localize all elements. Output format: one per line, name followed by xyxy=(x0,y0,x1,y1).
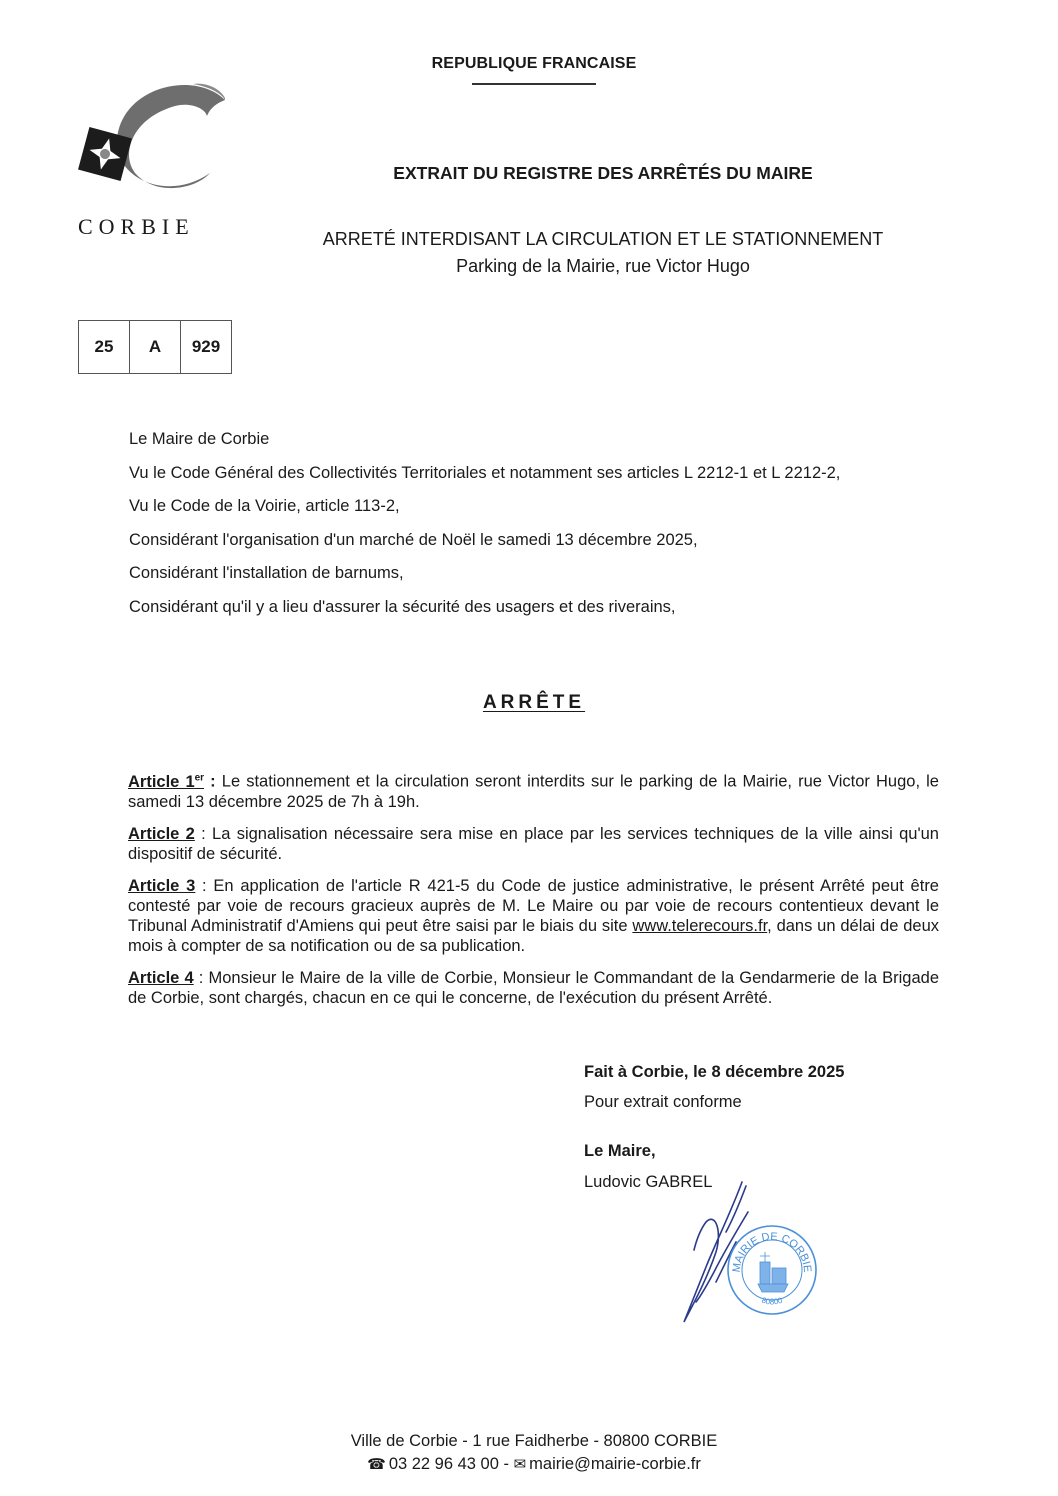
reference-number: 929 xyxy=(181,321,231,373)
preamble-line: Considérant qu'il y a lieu d'assurer la … xyxy=(129,598,909,617)
signatory-role: Le Maire, xyxy=(584,1142,844,1161)
republique-heading: REPUBLIQUE FRANCAISE xyxy=(0,55,1058,73)
telerecours-link[interactable]: www.telerecours.fr xyxy=(632,917,767,935)
reference-type: A xyxy=(130,321,181,373)
article-2: Article 2 : La signalisation nécessaire … xyxy=(128,824,939,864)
article-label: Article 4 xyxy=(128,969,194,987)
certified-extract: Pour extrait conforme xyxy=(584,1093,844,1112)
article-1: Article 1er : Le stationnement et la cir… xyxy=(128,768,939,812)
preamble-line: Considérant l'installation de barnums, xyxy=(129,564,909,583)
preamble-line: Vu le Code Général des Collectivités Ter… xyxy=(129,464,909,483)
decree-title: ARRETÉ INTERDISANT LA CIRCULATION ET LE … xyxy=(0,229,1058,250)
articles: Article 1er : Le stationnement et la cir… xyxy=(128,768,939,1020)
reference-number-box: 25 A 929 xyxy=(78,320,232,374)
footer: Ville de Corbie - 1 rue Faidherbe - 8080… xyxy=(0,1430,1058,1476)
town-hall-stamp-icon: MAIRIE DE CORBIE 80800 xyxy=(724,1222,820,1318)
reference-year: 25 xyxy=(79,321,130,373)
preamble: Le Maire de Corbie Vu le Code Général de… xyxy=(129,430,909,632)
register-extract-title: EXTRAIT DU REGISTRE DES ARRÊTÉS DU MAIRE xyxy=(0,163,1058,184)
article-label: Article 1er xyxy=(128,773,204,791)
article-text: La signalisation nécessaire sera mise en… xyxy=(128,825,939,863)
preamble-line: Vu le Code de la Voirie, article 113-2, xyxy=(129,497,909,516)
preamble-line: Le Maire de Corbie xyxy=(129,430,909,449)
article-3: Article 3 : En application de l'article … xyxy=(128,876,939,956)
official-stamp: MAIRIE DE CORBIE 80800 xyxy=(724,1222,820,1318)
footer-address: Ville de Corbie - 1 rue Faidherbe - 8080… xyxy=(0,1430,1058,1453)
article-label: Article 2 xyxy=(128,825,195,843)
arrete-heading: ARRÊTE xyxy=(0,692,1058,714)
footer-phone: 03 22 96 43 00 xyxy=(389,1455,499,1473)
footer-email[interactable]: mairie@mairie-corbie.fr xyxy=(529,1455,701,1473)
svg-text:80800: 80800 xyxy=(760,1295,784,1306)
mail-icon: ✉ xyxy=(514,1453,527,1476)
telephone-icon: ☎ xyxy=(367,1453,386,1476)
article-label: Article 3 xyxy=(128,877,195,895)
decree-subtitle: Parking de la Mairie, rue Victor Hugo xyxy=(0,256,1058,277)
header-divider xyxy=(472,83,596,85)
article-4: Article 4 : Monsieur le Maire de la vill… xyxy=(128,968,939,1008)
place-and-date: Fait à Corbie, le 8 décembre 2025 xyxy=(584,1063,844,1082)
footer-contact: ☎03 22 96 43 00 - ✉mairie@mairie-corbie.… xyxy=(0,1453,1058,1476)
preamble-line: Considérant l'organisation d'un marché d… xyxy=(129,531,909,550)
article-text: Monsieur le Maire de la ville de Corbie,… xyxy=(128,969,939,1007)
corbie-logo-icon xyxy=(75,78,235,218)
article-text: Le stationnement et la circulation seron… xyxy=(128,773,939,811)
